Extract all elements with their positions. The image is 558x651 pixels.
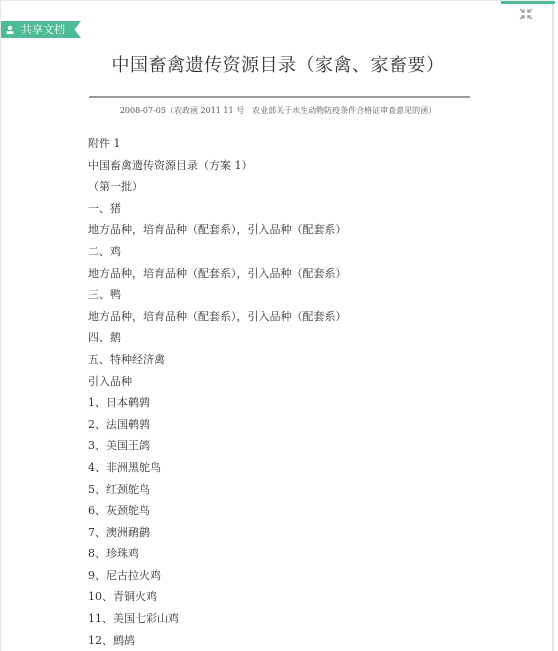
doc-line: 6、灰颈鸵鸟 <box>88 503 508 525</box>
doc-line: 2、法国鹌鹑 <box>88 417 508 439</box>
doc-line: 地方品种，培育品种（配套系），引入品种（配套系） <box>88 222 508 244</box>
doc-line: 4、非洲黑鸵鸟 <box>88 460 508 482</box>
doc-line: 引入品种 <box>88 374 508 396</box>
document-page: 共享文档 中国畜禽遗传资源目录（家禽、家畜要） 2008-07-05（农政函 2… <box>0 0 554 651</box>
doc-line: 附件 1 <box>88 136 508 158</box>
doc-line: （第一批） <box>88 179 508 201</box>
doc-line: 3、美国王鸽 <box>88 438 508 460</box>
doc-line: 五、特种经济禽 <box>88 352 508 374</box>
accent-bar <box>501 1 555 4</box>
doc-line: 地方品种，培育品种（配套系），引入品种（配套系） <box>88 309 508 331</box>
doc-line: 9、尼古拉火鸡 <box>88 568 508 590</box>
doc-line: 地方品种，培育品种（配套系），引入品种（配套系） <box>88 266 508 288</box>
doc-line: 12、鹧鸪 <box>88 633 508 651</box>
doc-line: 一、猪 <box>88 201 508 223</box>
doc-line: 7、澳洲鸸鹋 <box>88 525 508 547</box>
doc-line: 11、美国七彩山鸡 <box>88 611 508 633</box>
doc-line: 1、日本鹌鹑 <box>88 395 508 417</box>
doc-line: 四、鹅 <box>88 330 508 352</box>
shared-document-badge: 共享文档 <box>1 21 81 38</box>
doc-line: 二、鸡 <box>88 244 508 266</box>
doc-line: 10、青铜火鸡 <box>88 589 508 611</box>
doc-line: 8、珍珠鸡 <box>88 546 508 568</box>
shared-document-label: 共享文档 <box>21 21 65 38</box>
document-title: 中国畜禽遗传资源目录（家禽、家畜要） <box>1 51 555 77</box>
document-body: 附件 1 中国畜禽遗传资源目录（方案 1） （第一批） 一、猪 地方品种，培育品… <box>88 136 508 651</box>
user-icon <box>5 25 15 35</box>
doc-line: 5、红颈鸵鸟 <box>88 482 508 504</box>
document-meta: 2008-07-05（农政函 2011 11 号 农业部关于水生动物防疫条件合格… <box>1 105 555 116</box>
doc-line: 三、鸭 <box>88 287 508 309</box>
title-divider <box>89 96 470 98</box>
doc-line: 中国畜禽遗传资源目录（方案 1） <box>88 158 508 180</box>
fullscreen-collapse-icon[interactable] <box>519 5 533 17</box>
